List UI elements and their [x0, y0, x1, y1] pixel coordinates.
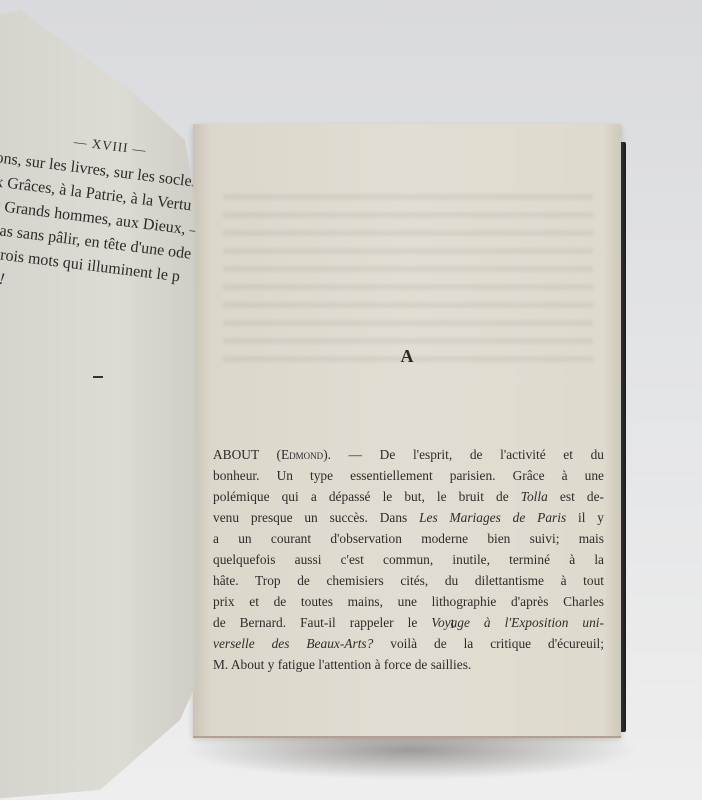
- text-line: de Bernard. Faut-il rappeler le Voyage à…: [213, 612, 604, 633]
- page-number: 1: [449, 616, 456, 632]
- text-line: polémique qui a dépassé le but, le bruit…: [213, 486, 604, 507]
- text-line: a un courant d'observation moderne bien …: [213, 528, 604, 549]
- show-through-text: [223, 194, 593, 364]
- end-mark: [93, 376, 103, 378]
- dictionary-entry: ABOUT (Edmond). — De l'esprit, de l'acti…: [213, 444, 604, 675]
- text-line: hâte. Trop de chemisiers cités, du dilet…: [213, 570, 604, 591]
- left-page-text: — XVIII — ontons, sur les livres, sur le…: [0, 118, 198, 314]
- left-page: — XVIII — ontons, sur les livres, sur le…: [0, 0, 210, 800]
- right-page: A ABOUT (Edmond). — De l'esprit, de l'ac…: [193, 124, 621, 736]
- text-line: verselle des Beaux-Arts? voilà de la cri…: [213, 633, 604, 654]
- text-line: bonheur. Un type essentiellement parisie…: [213, 465, 604, 486]
- text-line: M. About y fatigue l'attention à force d…: [213, 654, 604, 675]
- text-line: ABOUT (Edmond). — De l'esprit, de l'acti…: [213, 444, 604, 465]
- text-line: quelquefois aussi c'est commun, inutile,…: [213, 549, 604, 570]
- text-line: venu presque un succès. Dans Les Mariage…: [213, 507, 604, 528]
- text-line: prix et de toutes mains, une lithographi…: [213, 591, 604, 612]
- section-letter: A: [193, 346, 621, 367]
- photo-scene: A ABOUT (Edmond). — De l'esprit, de l'ac…: [0, 0, 702, 800]
